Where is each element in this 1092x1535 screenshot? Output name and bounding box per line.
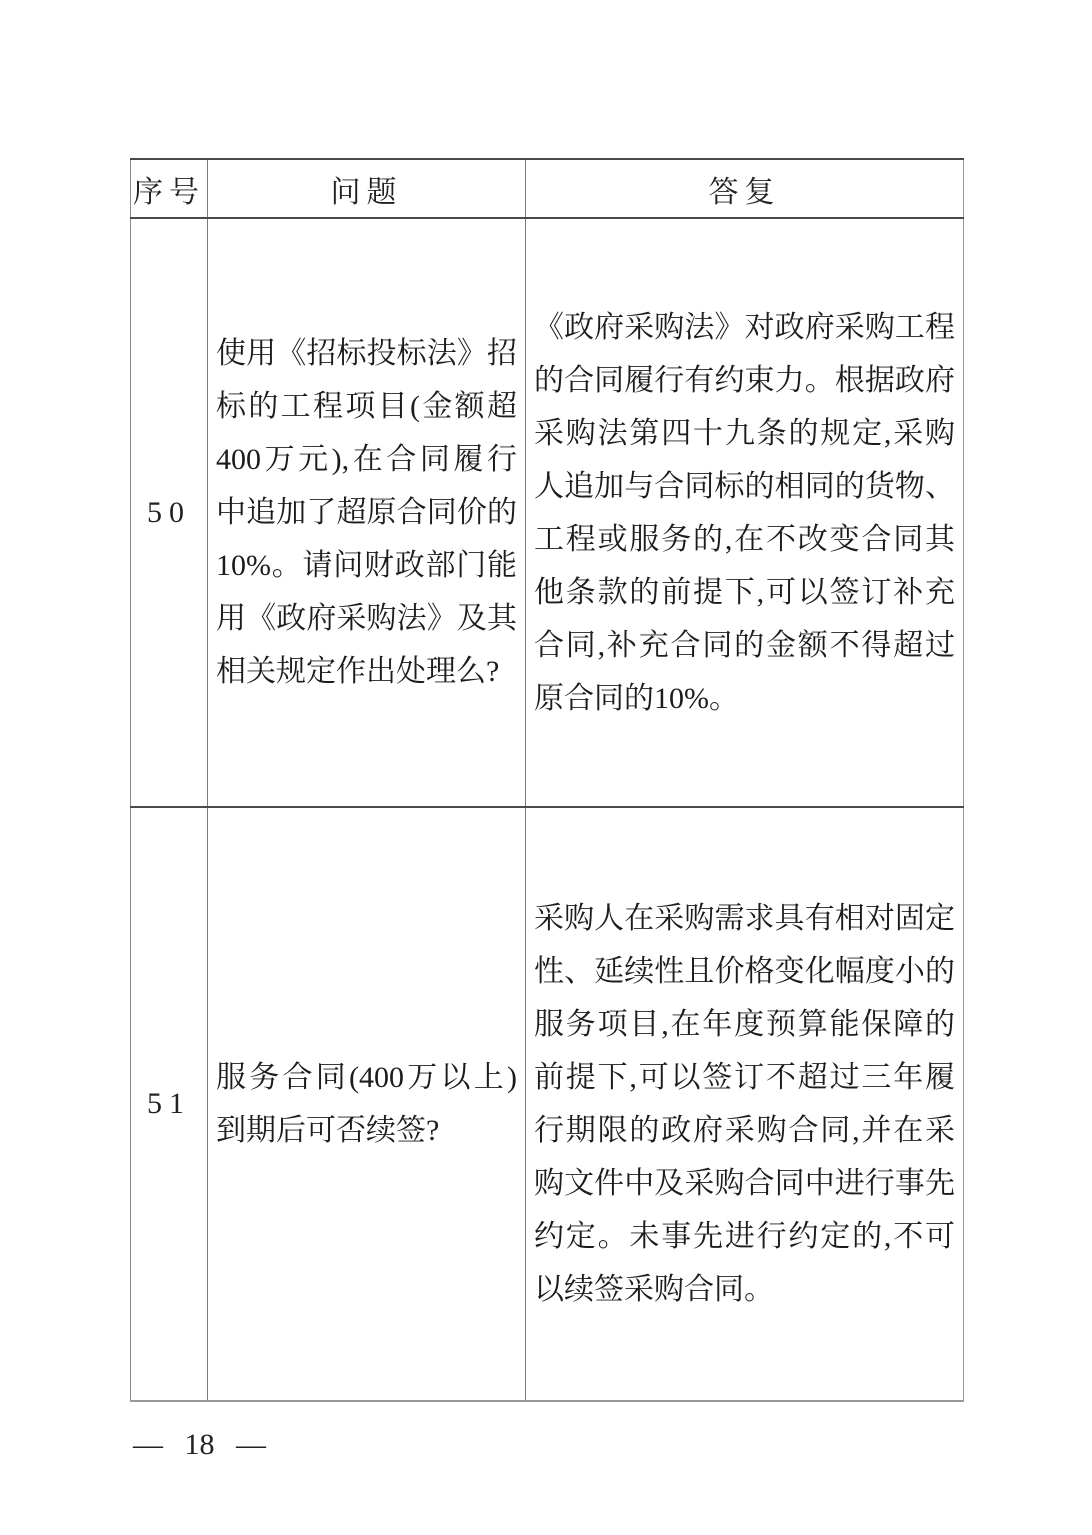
serial-number-cell: 50 — [131, 218, 208, 807]
table-header-row: 序号 问题 答复 — [131, 159, 964, 218]
question-cell: 服务合同(400万以上)到期后可否续签? — [208, 807, 526, 1401]
question-text: 使用《招标投标法》招标的工程项目(金额超400万元),在合同履行中追加了超原合同… — [216, 327, 517, 698]
answer-text: 《政府采购法》对政府采购工程的合同履行有约束力。根据政府采购法第四十九条的规定,… — [534, 301, 955, 725]
question-text: 服务合同(400万以上)到期后可否续签? — [216, 1051, 517, 1157]
header-serial-number: 序号 — [131, 159, 208, 218]
page-number: — 18 — — [133, 1428, 266, 1462]
qa-table: 序号 问题 答复 50 使用《招标投标法》招标的工程项目(金额超400万元),在… — [130, 158, 964, 1402]
table-row: 50 使用《招标投标法》招标的工程项目(金额超400万元),在合同履行中追加了超… — [131, 218, 964, 807]
header-answer: 答复 — [526, 159, 964, 218]
serial-number-cell: 51 — [131, 807, 208, 1401]
answer-text: 采购人在采购需求具有相对固定性、延续性且价格变化幅度小的服务项目,在年度预算能保… — [534, 892, 955, 1316]
answer-cell: 采购人在采购需求具有相对固定性、延续性且价格变化幅度小的服务项目,在年度预算能保… — [526, 807, 964, 1401]
question-cell: 使用《招标投标法》招标的工程项目(金额超400万元),在合同履行中追加了超原合同… — [208, 218, 526, 807]
table-row: 51 服务合同(400万以上)到期后可否续签? 采购人在采购需求具有相对固定性、… — [131, 807, 964, 1401]
document-page: 序号 问题 答复 50 使用《招标投标法》招标的工程项目(金额超400万元),在… — [0, 0, 1092, 1535]
answer-cell: 《政府采购法》对政府采购工程的合同履行有约束力。根据政府采购法第四十九条的规定,… — [526, 218, 964, 807]
header-question: 问题 — [208, 159, 526, 218]
